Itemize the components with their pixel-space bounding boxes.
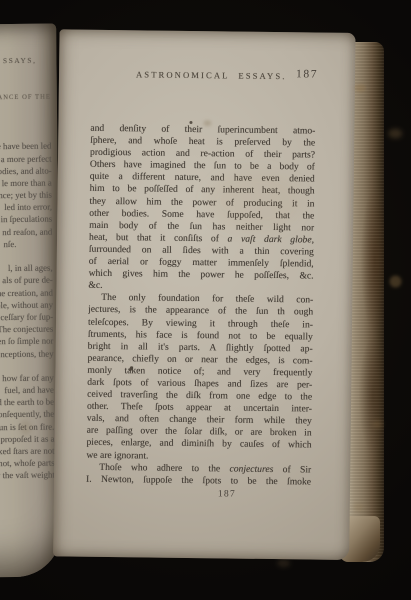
page-number: 187 <box>296 68 318 80</box>
text-line-fragment: propoſed it as a <box>0 432 55 445</box>
previous-page-text: SSAYS,RANCE OF THEwe have been ledds a m… <box>0 55 55 482</box>
text-line-fragment: ple, without any <box>0 298 53 311</box>
paper-stain <box>277 559 290 567</box>
text-line-fragment: l, in all ages, <box>0 262 53 275</box>
text-line-fragment: als of pure de- <box>0 274 53 287</box>
text-line-fragment: neceſſary for ſup- <box>0 310 53 323</box>
text-line-fragment: by the vaſt weight <box>0 469 55 482</box>
paper-stain <box>388 128 402 138</box>
text-line-fragment: odies, and alto- <box>0 164 52 177</box>
text-line-fragment: nſe. <box>0 238 16 251</box>
footer-page-number: 187 <box>204 488 250 500</box>
text-line-fragment: d in ſpeculations <box>0 213 52 226</box>
text-line-fragment: he creation, and <box>0 286 53 299</box>
text-line-fragment: led into error, <box>0 201 52 214</box>
running-header: ASTRONOMICAL ESSAYS. <box>136 69 287 81</box>
text-line-fragment <box>0 128 51 141</box>
page-body: and denſity of their ſuperincumbent atmo… <box>86 123 315 489</box>
text-line-fragment: nce; yet by this <box>0 189 52 202</box>
text-line-fragment <box>0 359 54 372</box>
text-line-fragment: been ſo ſimple nor <box>0 335 53 348</box>
text-line-fragment <box>0 67 51 80</box>
text-line-fragment: le more than a <box>0 176 52 189</box>
previous-page-edge: SSAYS,RANCE OF THEwe have been ledds a m… <box>0 24 62 578</box>
text-line-fragment <box>0 250 53 263</box>
book-photo: SSAYS,RANCE OF THEwe have been ledds a m… <box>0 0 411 600</box>
text-line-fragment <box>0 103 51 116</box>
text-line-fragment <box>0 116 51 129</box>
text-line-fragment: conceptions, they <box>0 347 54 360</box>
text-line-fragment: ſun is ſet on fire. <box>0 420 54 433</box>
text-line-fragment: RANCE OF THE <box>0 91 51 104</box>
text-line-fragment: nd reaſon, and <box>0 225 52 238</box>
text-line-fragment: SSAYS, <box>0 55 37 68</box>
text-line-fragment: fixed ſtars are not <box>0 445 55 458</box>
text-line-fragment: conſequently, the <box>0 408 54 421</box>
text-line-fragment: we have been led <box>0 140 51 153</box>
text-line-fragment: d the earth to be <box>0 396 54 409</box>
text-line-fragment: how far of any <box>0 371 54 384</box>
text-line-fragment: fuel, and have <box>0 384 54 397</box>
text-line-fragment: The conjectures <box>0 323 53 336</box>
text-line-fragment: hot, whoſe parts <box>0 457 55 470</box>
text-line: I. Newton, ſuppoſe the ſpots to be the ſ… <box>86 473 311 488</box>
paper-stain <box>389 275 401 287</box>
book-page: ASTRONOMICAL ESSAYS. 187 and denſity of … <box>53 29 355 560</box>
text-line-fragment <box>0 79 51 92</box>
text-line-fragment: ds a more perfect <box>0 152 52 165</box>
